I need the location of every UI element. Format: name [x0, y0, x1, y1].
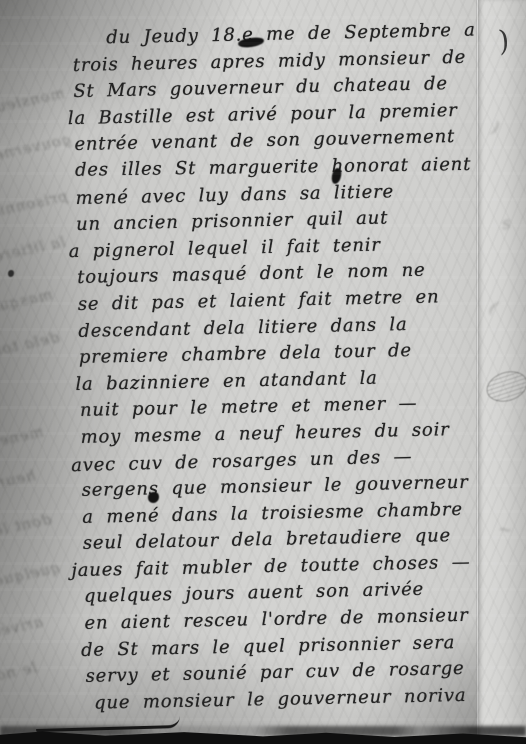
bleed-through-fragment: mener: [0, 423, 45, 452]
handwritten-text-block: du Jeudy 18.e me de Septembre a trois he…: [72, 18, 490, 718]
bleed-through-fragment: dela tour: [0, 328, 61, 362]
bleed-through-fragment: masqué: [0, 285, 54, 316]
bleed-through-fragment: gouverneur: [0, 130, 73, 168]
bleed-through-fragment: dont le: [0, 510, 53, 540]
bleed-through-fragment: le nom: [0, 658, 39, 688]
bleed-through-fragment: la litiere: [0, 233, 67, 266]
manuscript-photo: monsieur gouverneur prisonnier la litier…: [0, 0, 526, 744]
fold-crease: [476, 0, 479, 744]
bleed-through-fragment: heures: [0, 466, 37, 496]
bleed-through-fragment: monsieur: [0, 84, 66, 118]
bleed-through-fragment: arivée: [0, 613, 44, 642]
bleed-through-fragment: prisonnier: [0, 187, 69, 223]
bleed-through-fragment: quelques: [0, 558, 62, 592]
edge-mark: ~: [497, 519, 514, 541]
ink-blot: [8, 270, 14, 277]
